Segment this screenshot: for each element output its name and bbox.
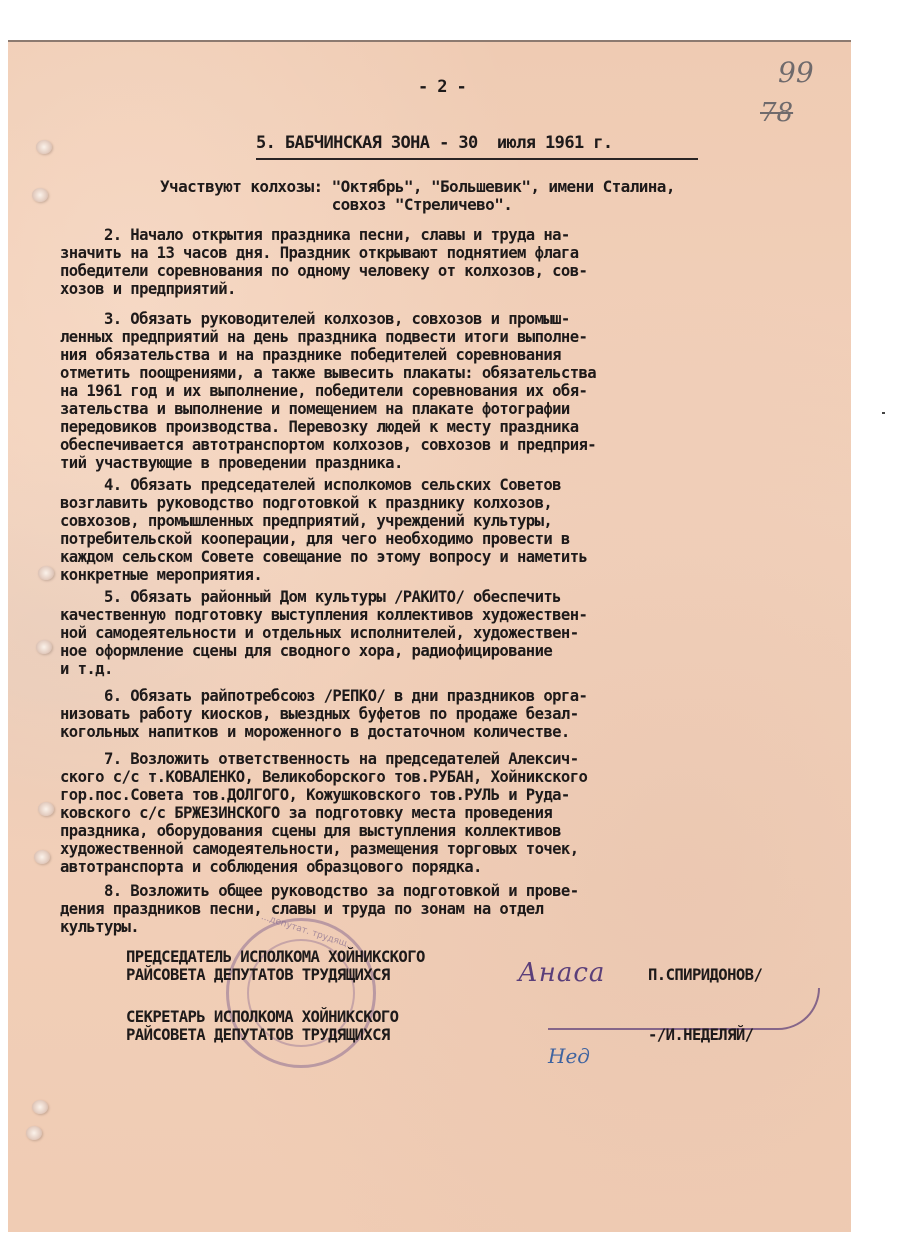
text-line: 3. Обязать руководителей колхозов, совхо… xyxy=(60,310,570,328)
text-line: качественную подготовку выступления колл… xyxy=(60,606,587,624)
text-line: на 1961 год и их выполнение, победители … xyxy=(60,382,587,400)
text-line: 6. Обязать райпотребсоюз /РЕПКО/ в дни п… xyxy=(60,687,587,705)
text-line: СЕКРЕТАРЬ ИСПОЛКОМА ХОЙНИКСКОГО xyxy=(126,1008,398,1026)
text-line: 2. Начало открытия праздника песни, слав… xyxy=(60,226,570,244)
paragraph-6: 6. Обязать райпотребсоюз /РЕПКО/ в дни п… xyxy=(60,687,587,741)
punch-hole-icon xyxy=(32,1100,48,1114)
punch-hole-icon xyxy=(36,640,52,654)
participants-line: Участвуют колхозы: "Октябрь", "Большевик… xyxy=(160,178,675,214)
text-line: потребительской кооперации, для чего нео… xyxy=(60,530,570,548)
text-line: зательства и выполнение и помещением на … xyxy=(60,400,570,418)
text-line: ского с/с т.КОВАЛЕНКО, Великоборского то… xyxy=(60,768,587,786)
archive-folio-number-crossed: 78 xyxy=(760,98,793,128)
text-line: РАЙСОВЕТА ДЕПУТАТОВ ТРУДЯЩИХСЯ xyxy=(126,966,390,984)
scan-artifact xyxy=(882,412,885,414)
heading-underline xyxy=(256,158,698,160)
text-line: художественной самодеятельности, размеще… xyxy=(60,840,579,858)
text-line: хозов и предприятий. xyxy=(60,280,236,298)
punch-hole-icon xyxy=(36,140,52,154)
text-line: 8. Возложить общее руководство за подгот… xyxy=(60,882,579,900)
text-line: 4. Обязать председателей исполкомов сель… xyxy=(60,476,561,494)
punch-hole-icon xyxy=(38,802,54,816)
text-line: возглавить руководство подготовкой к пра… xyxy=(60,494,552,512)
text-line: дения праздников песни, славы и труда по… xyxy=(60,900,543,918)
text-line: обеспечивается автотранспортом колхозов,… xyxy=(60,436,596,454)
paragraph-7: 7. Возложить ответственность на председа… xyxy=(60,750,587,876)
page-number: - 2 - xyxy=(418,78,466,96)
handwritten-signature-chairman: Анаса xyxy=(518,958,605,988)
handwritten-signature-secretary: Нед xyxy=(548,1044,590,1068)
signatory-chairman-title: ПРЕДСЕДАТЕЛЬ ИСПОЛКОМА ХОЙНИКСКОГО РАЙСО… xyxy=(126,948,425,984)
text-line: когольных напитков и мороженного в доста… xyxy=(60,723,570,741)
signatory-secretary-name: -/И.НЕДЕЛЯЙ/ xyxy=(648,1026,753,1044)
text-line: ния обязательства и на празднике победит… xyxy=(60,346,561,364)
text-line: РАЙСОВЕТА ДЕПУТАТОВ ТРУДЯЩИХСЯ xyxy=(126,1026,390,1044)
text-line: ленных предприятий на день праздника под… xyxy=(60,328,587,346)
text-line: ковского с/с БРЖЕЗИНСКОГО за подготовку … xyxy=(60,804,552,822)
participants-line-2: совхоз "Стреличево". xyxy=(160,195,512,214)
text-line: конкретные мероприятия. xyxy=(60,566,262,584)
document-page: - 2 - 99 78 5. БАБЧИНСКАЯ ЗОНА - 30 июля… xyxy=(8,40,851,1232)
official-seal-stamp: ...депутат. трудящ... xyxy=(226,918,376,1068)
text-line: каждом сельском Совете совещание по этом… xyxy=(60,548,587,566)
text-line: автотранспорта и соблюдения образцового … xyxy=(60,858,482,876)
text-line: ное оформление сцены для сводного хора, … xyxy=(60,642,552,660)
text-line: 5. Обязать районный Дом культуры /РАКИТО… xyxy=(60,588,561,606)
text-line: низовать работу киосков, выездных буфето… xyxy=(60,705,579,723)
text-line: совхозов, промышленных предприятий, учре… xyxy=(60,512,552,530)
signatory-secretary-title: СЕКРЕТАРЬ ИСПОЛКОМА ХОЙНИКСКОГО РАЙСОВЕТ… xyxy=(126,1008,398,1044)
text-line: праздника, оборудования сцены для выступ… xyxy=(60,822,561,840)
text-line: культуры. xyxy=(60,918,139,936)
punch-hole-icon xyxy=(38,566,54,580)
punch-hole-icon xyxy=(26,1126,42,1140)
text-line: гор.пос.Совета тов.ДОЛГОГО, Кожушковског… xyxy=(60,786,570,804)
signature-flourish xyxy=(548,988,820,1030)
paragraph-4: 4. Обязать председателей исполкомов сель… xyxy=(60,476,587,584)
text-line: ной самодеятельности и отдельных исполни… xyxy=(60,624,579,642)
signatory-chairman-name: П.СПИРИДОНОВ/ xyxy=(648,966,762,984)
text-line: 7. Возложить ответственность на председа… xyxy=(60,750,579,768)
section-heading: 5. БАБЧИНСКАЯ ЗОНА - 30 июля 1961 г. xyxy=(256,134,613,152)
paragraph-5: 5. Обязать районный Дом культуры /РАКИТО… xyxy=(60,588,587,678)
text-line: отметить поощрениями, а также вывесить п… xyxy=(60,364,596,382)
participants-line-1: Участвуют колхозы: "Октябрь", "Большевик… xyxy=(160,177,675,196)
punch-hole-icon xyxy=(32,188,48,202)
paragraph-2: 2. Начало открытия праздника песни, слав… xyxy=(60,226,587,298)
archive-folio-number: 99 xyxy=(778,56,814,89)
text-line: и т.д. xyxy=(60,660,113,678)
text-line: победители соревнования по одному челове… xyxy=(60,262,587,280)
paragraph-3: 3. Обязать руководителей колхозов, совхо… xyxy=(60,310,596,472)
text-line: передовиков производства. Перевозку люде… xyxy=(60,418,579,436)
punch-hole-icon xyxy=(34,850,50,864)
text-line: тий участвующие в проведении праздника. xyxy=(60,454,403,472)
text-line: ПРЕДСЕДАТЕЛЬ ИСПОЛКОМА ХОЙНИКСКОГО xyxy=(126,948,425,966)
text-line: значить на 13 часов дня. Праздник открыв… xyxy=(60,244,579,262)
